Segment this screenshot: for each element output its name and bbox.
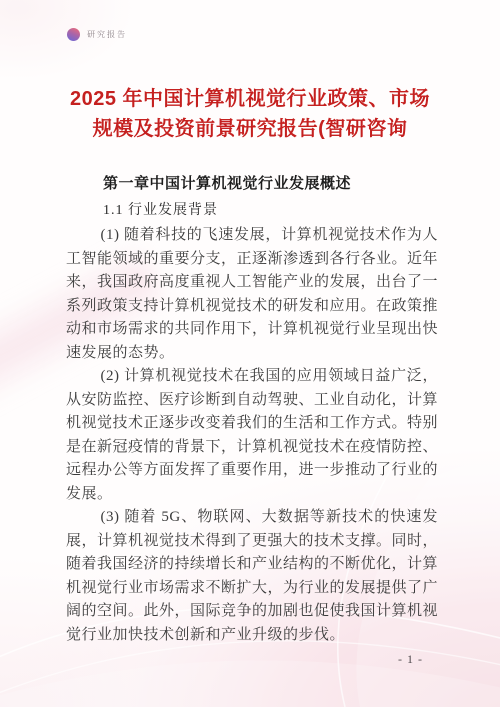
report-title: 2025 年中国计算机视觉行业政策、市场规模及投资前景研究报告(智研咨询 — [61, 84, 439, 144]
paragraph-1: (1) 随着科技的飞速发展，计算机视觉技术作为人工智能领域的重要分支，正逐渐渗透… — [66, 224, 438, 365]
section-heading: 1.1 行业发展背景 — [103, 199, 218, 219]
brand-logo-icon — [67, 28, 80, 41]
page-number: - 1 - — [398, 652, 423, 667]
document-page: 研究报告 2025 年中国计算机视觉行业政策、市场规模及投资前景研究报告(智研咨… — [0, 0, 500, 707]
brand-logo-text: 研究报告 — [87, 29, 127, 40]
body-text: (1) 随着科技的飞速发展，计算机视觉技术作为人工智能领域的重要分支，正逐渐渗透… — [66, 224, 438, 647]
paragraph-3: (3) 随着 5G、物联网、大数据等新技术的快速发展，计算机视觉技术得到了更强大… — [66, 506, 438, 647]
paragraph-2: (2) 计算机视觉技术在我国的应用领域日益广泛，从安防监控、医疗诊断到自动驾驶、… — [66, 365, 438, 506]
brand-header: 研究报告 — [67, 28, 127, 41]
chapter-heading: 第一章中国计算机视觉行业发展概述 — [103, 172, 351, 193]
